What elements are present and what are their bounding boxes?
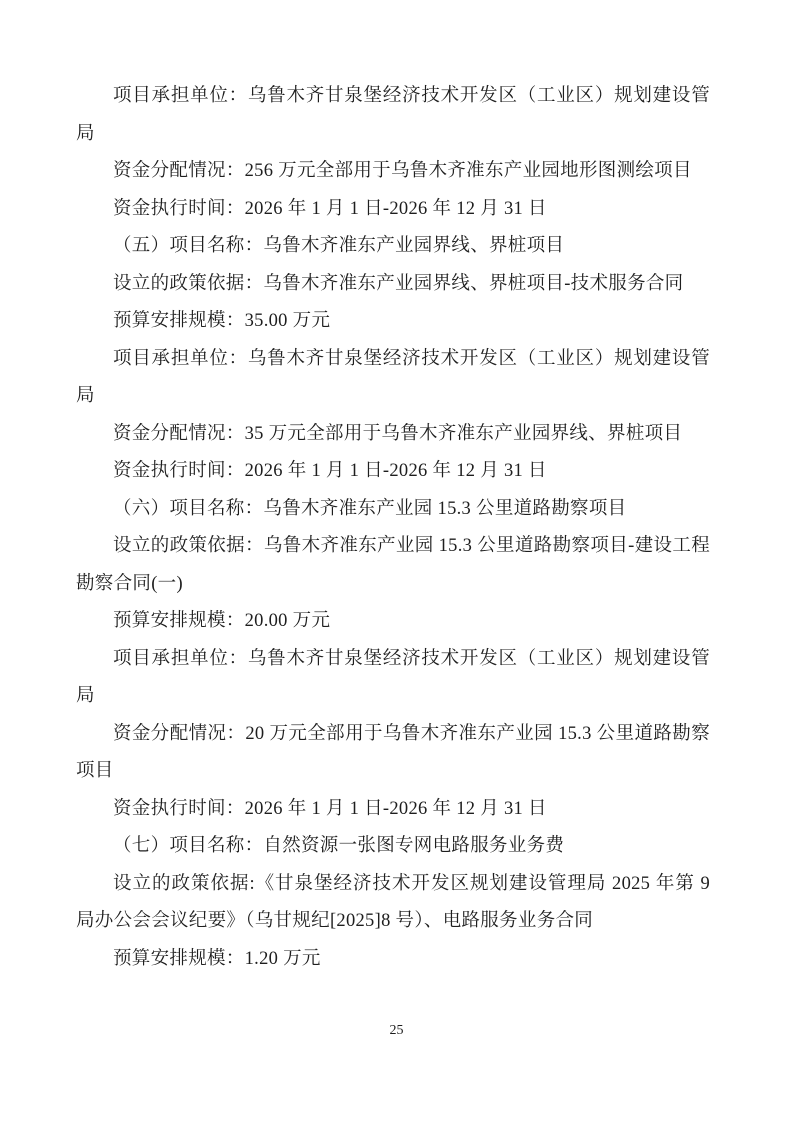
text-line: 局 [76,116,710,154]
text-line: 设立的政策依据:《甘泉堡经济技术开发区规划建设管理局 2025 年第 9 次 [76,866,710,904]
text-line: 局 [76,678,710,716]
text-line: 资金分配情况：256 万元全部用于乌鲁木齐准东产业园地形图测绘项目 [76,153,710,191]
text-line: 局办公会会议纪要》（乌甘规纪[2025]8 号）、电路服务业务合同 [76,903,710,941]
text-line: 资金执行时间：2026 年 1 月 1 日-2026 年 12 月 31 日 [76,191,710,229]
text-line: （六）项目名称：乌鲁木齐准东产业园 15.3 公里道路勘察项目 [76,491,710,529]
text-line: 预算安排规模：20.00 万元 [76,603,710,641]
text-line: 项目承担单位：乌鲁木齐甘泉堡经济技术开发区（工业区）规划建设管理 [76,341,710,379]
text-line: 勘察合同(一) [76,566,710,604]
text-line: 资金执行时间：2026 年 1 月 1 日-2026 年 12 月 31 日 [76,453,710,491]
page-number: 25 [0,1020,793,1042]
text-line: 资金分配情况：20 万元全部用于乌鲁木齐准东产业园 15.3 公里道路勘察 [76,716,710,754]
text-line: 设立的政策依据：乌鲁木齐准东产业园 15.3 公里道路勘察项目-建设工程 [76,528,710,566]
text-line: 资金执行时间：2026 年 1 月 1 日-2026 年 12 月 31 日 [76,791,710,829]
text-line: （五）项目名称：乌鲁木齐准东产业园界线、界桩项目 [76,228,710,266]
document-body: 项目承担单位：乌鲁木齐甘泉堡经济技术开发区（工业区）规划建设管理局资金分配情况：… [76,78,710,978]
text-line: 项目承担单位：乌鲁木齐甘泉堡经济技术开发区（工业区）规划建设管理 [76,78,710,116]
text-line: 项目承担单位：乌鲁木齐甘泉堡经济技术开发区（工业区）规划建设管理 [76,641,710,679]
text-line: 设立的政策依据：乌鲁木齐准东产业园界线、界桩项目-技术服务合同 [76,266,710,304]
text-line: 预算安排规模：1.20 万元 [76,941,710,979]
document-page: 项目承担单位：乌鲁木齐甘泉堡经济技术开发区（工业区）规划建设管理局资金分配情况：… [0,0,793,1122]
text-line: 资金分配情况：35 万元全部用于乌鲁木齐准东产业园界线、界桩项目 [76,416,710,454]
text-line: 项目 [76,753,710,791]
text-line: 局 [76,378,710,416]
text-line: 预算安排规模：35.00 万元 [76,303,710,341]
text-line: （七）项目名称：自然资源一张图专网电路服务业务费 [76,828,710,866]
